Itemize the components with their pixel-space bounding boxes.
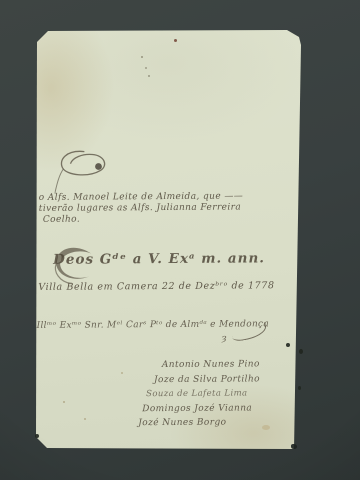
signature: Joze da Silva Portilho — [154, 372, 260, 387]
paraph-loop-icon — [54, 147, 118, 195]
foxing-spot — [121, 372, 123, 374]
signature: Antonio Nunes Pino — [162, 357, 260, 372]
manuscript-paper: o Alfs. Manoel Leite de Almeida, que —— … — [35, 29, 302, 450]
paragraph-line: tiverão lugares as Alfs. Julianna Ferrei… — [39, 202, 244, 214]
ink-speck — [35, 434, 39, 438]
address-tail-mark: ȝ — [222, 334, 227, 344]
ink-speck — [298, 386, 301, 390]
foxing-spot — [63, 401, 65, 403]
signature: Souza de Lafeta Lima — [146, 387, 260, 402]
ink-speck — [148, 75, 150, 77]
ink-speck — [286, 343, 290, 347]
valediction-line: Deos Gᵈᵉ a V. Exᵃ m. ann. — [53, 250, 265, 267]
date-line: Villa Bella em Camera 22 de Dezᵇʳᵒ de 17… — [38, 280, 274, 293]
photograph: o Alfs. Manoel Leite de Almeida, que —— … — [0, 0, 360, 480]
signature: Domingos Jozé Vianna — [142, 401, 260, 416]
ink-speck — [145, 67, 147, 69]
paragraph-block: o Alfs. Manoel Leite de Almeida, que —— … — [39, 191, 244, 225]
ink-speck — [299, 349, 303, 354]
signature-block: Antonio Nunes Pino Joze da Silva Portilh… — [36, 357, 260, 432]
foxing-spot — [84, 418, 86, 420]
foxing-spot — [262, 425, 270, 430]
ink-speck — [291, 444, 297, 449]
ink-speck — [141, 56, 143, 58]
ink-speck — [174, 39, 177, 42]
ink-layer: o Alfs. Manoel Leite de Almeida, que —— … — [34, 28, 304, 451]
paragraph-line: Coelho. — [43, 213, 244, 225]
signature: Jozé Nunes Borgo — [138, 416, 260, 431]
